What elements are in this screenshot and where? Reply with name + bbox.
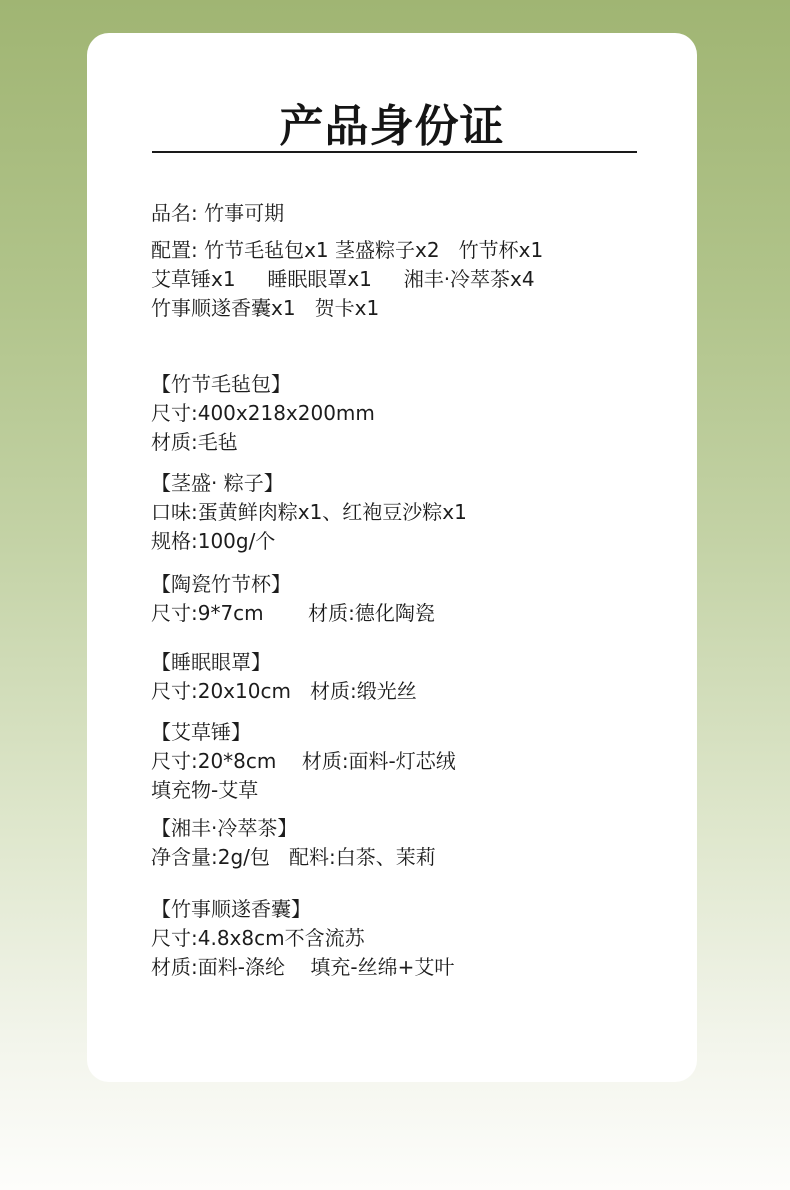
section-ceramic-cup: 【陶瓷竹节杯】 尺寸:9*7cm 材质:德化陶瓷 — [151, 570, 435, 628]
title-divider — [152, 151, 637, 153]
spec-line: 尺寸:4.8x8cm不含流苏 — [151, 924, 454, 953]
section-heading: 【竹事顺遂香囊】 — [151, 895, 454, 924]
section-heading: 【睡眠眼罩】 — [151, 648, 417, 677]
spec-line: 尺寸:9*7cm 材质:德化陶瓷 — [151, 599, 435, 628]
section-heading: 【陶瓷竹节杯】 — [151, 570, 435, 599]
section-mugwort-hammer: 【艾草锤】 尺寸:20*8cm 材质:面料-灯芯绒 填充物-艾草 — [151, 718, 456, 805]
spec-line: 尺寸:20*8cm 材质:面料-灯芯绒 — [151, 747, 456, 776]
spec-line: 规格:100g/个 — [151, 527, 467, 556]
spec-line: 材质:面料-涤纶 填充-丝绵+艾叶 — [151, 953, 454, 982]
spec-line: 尺寸:20x10cm 材质:缎光丝 — [151, 677, 417, 706]
section-zongzi: 【茎盛· 粽子】 口味:蛋黄鲜肉粽x1、红袍豆沙粽x1 规格:100g/个 — [151, 469, 467, 556]
config-line: 竹事顺遂香囊x1 贺卡x1 — [151, 294, 543, 323]
product-id-card: 产品身份证 品名: 竹事可期 配置: 竹节毛毡包x1 茎盛粽子x2 竹节杯x1 … — [87, 33, 697, 1082]
section-felt-bag: 【竹节毛毡包】 尺寸:400x218x200mm 材质:毛毡 — [151, 370, 375, 457]
section-heading: 【茎盛· 粽子】 — [151, 469, 467, 498]
config-line: 配置: 竹节毛毡包x1 茎盛粽子x2 竹节杯x1 — [151, 236, 543, 265]
section-heading: 【湘丰·冷萃茶】 — [151, 814, 436, 843]
section-cold-brew-tea: 【湘丰·冷萃茶】 净含量:2g/包 配料:白茶、茉莉 — [151, 814, 436, 872]
spec-line: 尺寸:400x218x200mm — [151, 399, 375, 428]
section-sachet: 【竹事顺遂香囊】 尺寸:4.8x8cm不含流苏 材质:面料-涤纶 填充-丝绵+艾… — [151, 895, 454, 982]
spec-line: 填充物-艾草 — [151, 776, 456, 805]
spec-line: 材质:毛毡 — [151, 428, 375, 457]
page-title: 产品身份证 — [87, 105, 697, 149]
config-line: 艾草锤x1 睡眠眼罩x1 湘丰·冷萃茶x4 — [151, 265, 543, 294]
spec-line: 口味:蛋黄鲜肉粽x1、红袍豆沙粽x1 — [151, 498, 467, 527]
section-heading: 【艾草锤】 — [151, 718, 456, 747]
summary-block: 品名: 竹事可期 — [151, 199, 284, 228]
product-name: 品名: 竹事可期 — [151, 199, 284, 228]
config-block: 配置: 竹节毛毡包x1 茎盛粽子x2 竹节杯x1 艾草锤x1 睡眠眼罩x1 湘丰… — [151, 236, 543, 323]
section-eye-mask: 【睡眠眼罩】 尺寸:20x10cm 材质:缎光丝 — [151, 648, 417, 706]
spec-line: 净含量:2g/包 配料:白茶、茉莉 — [151, 843, 436, 872]
section-heading: 【竹节毛毡包】 — [151, 370, 375, 399]
